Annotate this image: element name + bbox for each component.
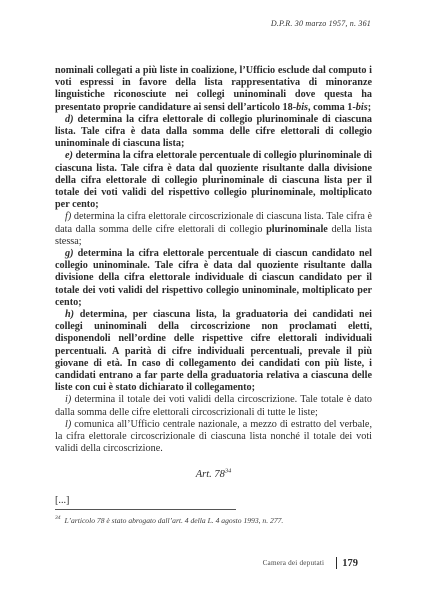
footnote-text: L’articolo 78 è stato abrogato dall’art.… [65, 516, 284, 525]
paragraph-e: e) determina la cifra elettorale percent… [55, 150, 372, 211]
body-text: nominali collegati a più liste in coaliz… [55, 65, 372, 507]
page-number: 179 [342, 558, 358, 569]
paragraph-continuation: nominali collegati a più liste in coaliz… [55, 65, 372, 114]
footnote-reference-mark: 34 [225, 467, 231, 474]
document-page: D.P.R. 30 marzo 1957, n. 361 nominali co… [0, 0, 424, 599]
omission-mark: [...] [55, 495, 372, 507]
paragraph-d: d) determina la cifra elettorale di coll… [55, 114, 372, 151]
paragraph-l: l) comunica all’Ufficio centrale naziona… [55, 419, 372, 456]
paragraph-g: g) determina la cifra elettorale percent… [55, 248, 372, 309]
footer-label: Camera dei deputati [263, 559, 325, 567]
running-header: D.P.R. 30 marzo 1957, n. 361 [271, 19, 371, 28]
paragraph-f: f) determina la cifra elettorale circosc… [55, 211, 372, 248]
page-footer: Camera dei deputati 179 [0, 557, 358, 569]
paragraph-h: h) determina, per ciascuna lista, la gra… [55, 309, 372, 394]
footnote: 34L’articolo 78 è stato abrogato dall’ar… [55, 516, 375, 526]
article-heading: Art. 7834 [55, 469, 372, 481]
footnote-number: 34 [55, 515, 61, 521]
paragraph-i: i) determina il totale dei voti validi d… [55, 394, 372, 418]
footnote-rule [55, 509, 236, 510]
footer-divider [336, 557, 337, 569]
article-number: Art. 78 [196, 469, 225, 480]
